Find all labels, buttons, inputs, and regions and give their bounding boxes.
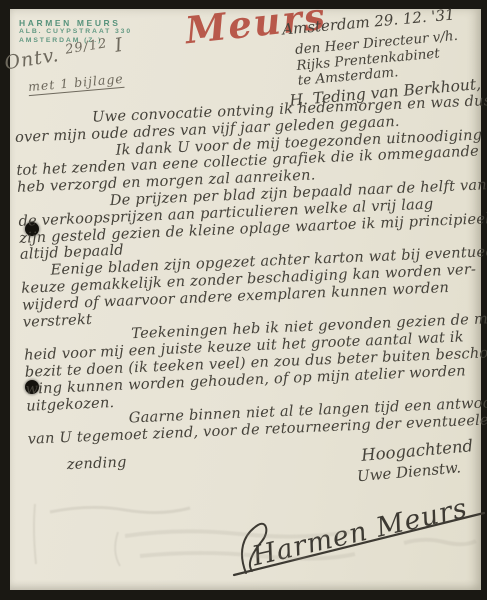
enclosure-note: met 1 bijlage [27,71,124,96]
faint-pencil-marks [400,529,480,559]
scanned-letter-page: { "colors": { "background": "#1a1813", "… [0,0,487,600]
closing-block: Hoogachtend Uwe Dienstw. [360,436,475,486]
letter-paper: HARMEN MEURS ALB. CUYPSTRAAT 330 AMSTERD… [10,9,481,590]
letter-body: Uwe convocatie ontving ik hedenmorgen en… [14,93,487,475]
received-prefix: Ontv. [3,44,61,74]
faint-pencil-marks [30,494,360,584]
letterhead-name: HARMEN MEURS [19,18,132,28]
